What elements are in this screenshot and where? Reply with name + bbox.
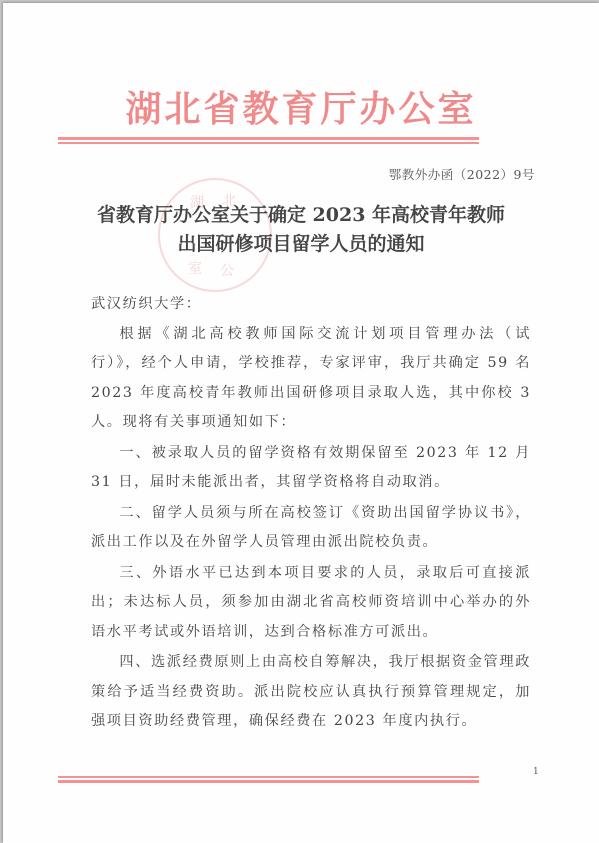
item-paragraph-3: 三、外语水平已达到本项目要求的人员，录取后可直接派出；未达标人员，须参加由湖北省… bbox=[91, 559, 531, 648]
seal-char: 公 bbox=[220, 260, 234, 280]
intro-paragraph: 根据《湖北高校教师国际交流计划项目管理办法（试行）》，经个人申请，学校推荐，专家… bbox=[91, 320, 531, 438]
seal-char: 室 bbox=[188, 258, 202, 278]
notice-title-line-1: 省教育厅办公室关于确定 2023 年高校青年教师 bbox=[3, 201, 599, 230]
page-number: 1 bbox=[533, 767, 539, 777]
notice-body: 武汉纺织大学： 根据《湖北高校教师国际交流计划项目管理办法（试行）》，经个人申请… bbox=[91, 290, 531, 737]
document-number: 鄂教外办函（2022）9号 bbox=[389, 165, 535, 183]
salutation: 武汉纺织大学： bbox=[91, 290, 531, 320]
notice-title: 省教育厅办公室关于确定 2023 年高校青年教师 出国研修项目留学人员的通知 bbox=[3, 201, 599, 259]
item-paragraph-1: 一、被录取人员的留学资格有效期保留至 2023 年 12 月 31 日，届时未能… bbox=[91, 439, 531, 498]
item-paragraph-4: 四、选派经费原则上由高校自筹解决，我厅根据资金管理政策给予适当经费资助。派出院校… bbox=[91, 648, 531, 737]
header-red-rule bbox=[58, 137, 479, 144]
footer-red-rule bbox=[58, 776, 479, 783]
document-page: 湖北省教育厅办公室 鄂教外办函（2022）9号 湖 北 室 公 省教育厅办公室关… bbox=[3, 3, 599, 843]
notice-title-line-2: 出国研修项目留学人员的通知 bbox=[3, 230, 599, 259]
item-paragraph-2: 二、留学人员须与所在高校签订《资助出国留学协议书》，派出工作以及在外留学人员管理… bbox=[91, 499, 531, 558]
agency-header: 湖北省教育厅办公室 bbox=[3, 81, 599, 132]
